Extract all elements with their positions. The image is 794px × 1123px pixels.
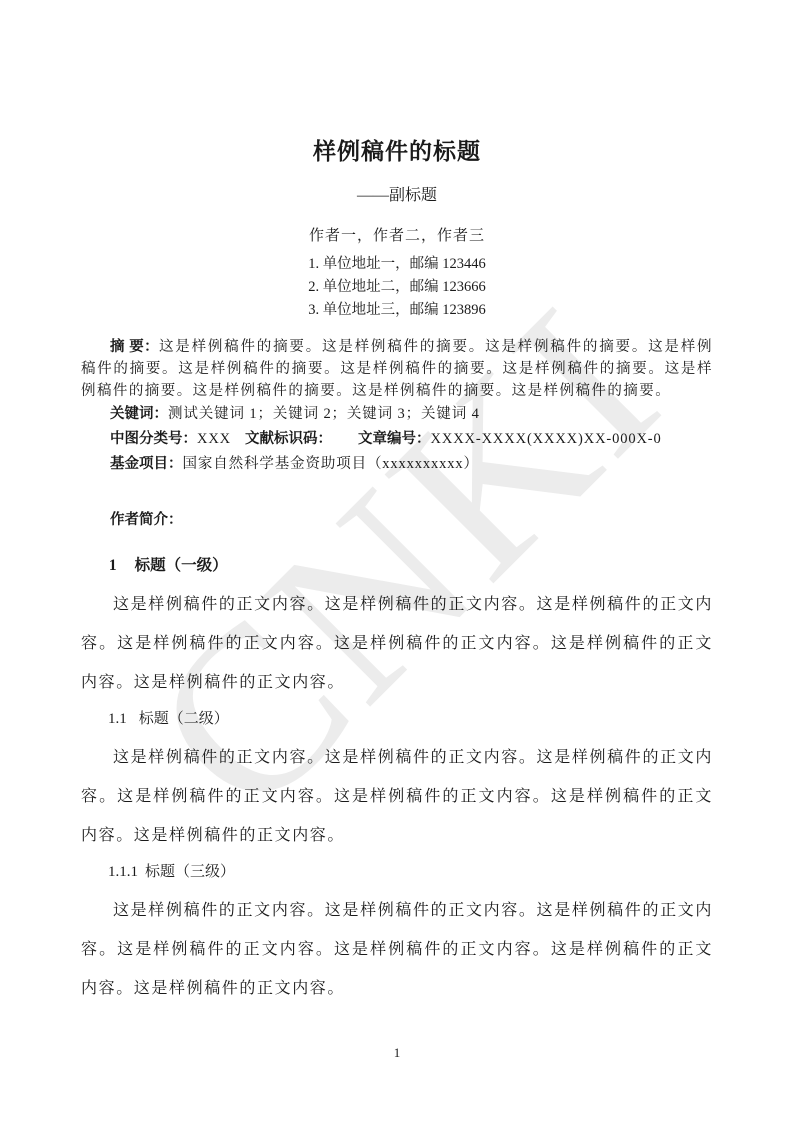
heading-text: 标题（一级） xyxy=(135,557,228,574)
subtitle: ——副标题 xyxy=(81,186,713,206)
abstract-text: 这是样例稿件的摘要。这是样例稿件的摘要。这是样例稿件的摘要。这是样例稿件的摘要。… xyxy=(81,339,713,399)
affiliations-block: 1. 单位地址一，邮编 123446 2. 单位地址二，邮编 123666 3.… xyxy=(81,253,713,322)
body-paragraph: 这是样例稿件的正文内容。这是样例稿件的正文内容。这是样例稿件的正文内容。这是样例… xyxy=(81,585,713,702)
heading-number: 1 xyxy=(109,557,117,574)
affiliation-line: 1. 单位地址一，邮编 123446 xyxy=(308,253,486,276)
classification-line: 中图分类号：XXX文献标识码：文章编号：XXXX-XXXX(XXXX)XX-00… xyxy=(81,427,713,452)
heading-number: 1.1 xyxy=(108,711,127,727)
article-id-label: 文章编号： xyxy=(358,431,431,447)
authors-line: 作者一，作者二，作者三 xyxy=(81,227,713,245)
body-paragraph: 这是样例稿件的正文内容。这是样例稿件的正文内容。这是样例稿件的正文内容。这是样例… xyxy=(81,891,713,1008)
article-id-value: XXXX-XXXX(XXXX)XX-000X-0 xyxy=(431,431,662,447)
heading-text: 标题（三级） xyxy=(145,864,235,880)
page-number: 1 xyxy=(0,1045,794,1061)
abstract-paragraph: 摘 要：这是样例稿件的摘要。这是样例稿件的摘要。这是样例稿件的摘要。这是样例稿件… xyxy=(81,336,713,402)
author-bio-label: 作者简介： xyxy=(81,511,713,529)
keywords-text: 测试关键词 1；关键词 2；关键词 3；关键词 4 xyxy=(168,406,480,422)
keywords-label: 关键词： xyxy=(110,406,168,422)
fund-line: 基金项目：国家自然科学基金资助项目（xxxxxxxxxx） xyxy=(81,452,713,477)
heading-level1: 1标题（一级） xyxy=(81,556,713,576)
heading-text: 标题（二级） xyxy=(139,711,229,727)
affiliation-line: 2. 单位地址二，邮编 123666 xyxy=(308,276,486,299)
page-title: 样例稿件的标题 xyxy=(81,138,713,164)
heading-level3: 1.1.1标题（三级） xyxy=(81,862,713,882)
keywords-line: 关键词：测试关键词 1；关键词 2；关键词 3；关键词 4 xyxy=(81,402,713,427)
clc-label: 中图分类号： xyxy=(110,431,197,447)
affiliation-line: 3. 单位地址三，邮编 123896 xyxy=(308,299,486,322)
document-page: CNKI 样例稿件的标题 ——副标题 作者一，作者二，作者三 1. 单位地址一，… xyxy=(0,0,794,1123)
fund-value: 国家自然科学基金资助项目（xxxxxxxxxx） xyxy=(183,456,479,472)
document-content: 样例稿件的标题 ——副标题 作者一，作者二，作者三 1. 单位地址一，邮编 12… xyxy=(0,0,794,1008)
heading-number: 1.1.1 xyxy=(108,864,138,880)
body-paragraph: 这是样例稿件的正文内容。这是样例稿件的正文内容。这是样例稿件的正文内容。这是样例… xyxy=(81,738,713,855)
heading-level2: 1.1标题（二级） xyxy=(81,709,713,729)
doc-code-label: 文献标识码： xyxy=(245,431,332,447)
clc-value: XXX xyxy=(197,431,231,447)
abstract-label: 摘 要： xyxy=(110,339,159,355)
fund-label: 基金项目： xyxy=(110,456,183,472)
